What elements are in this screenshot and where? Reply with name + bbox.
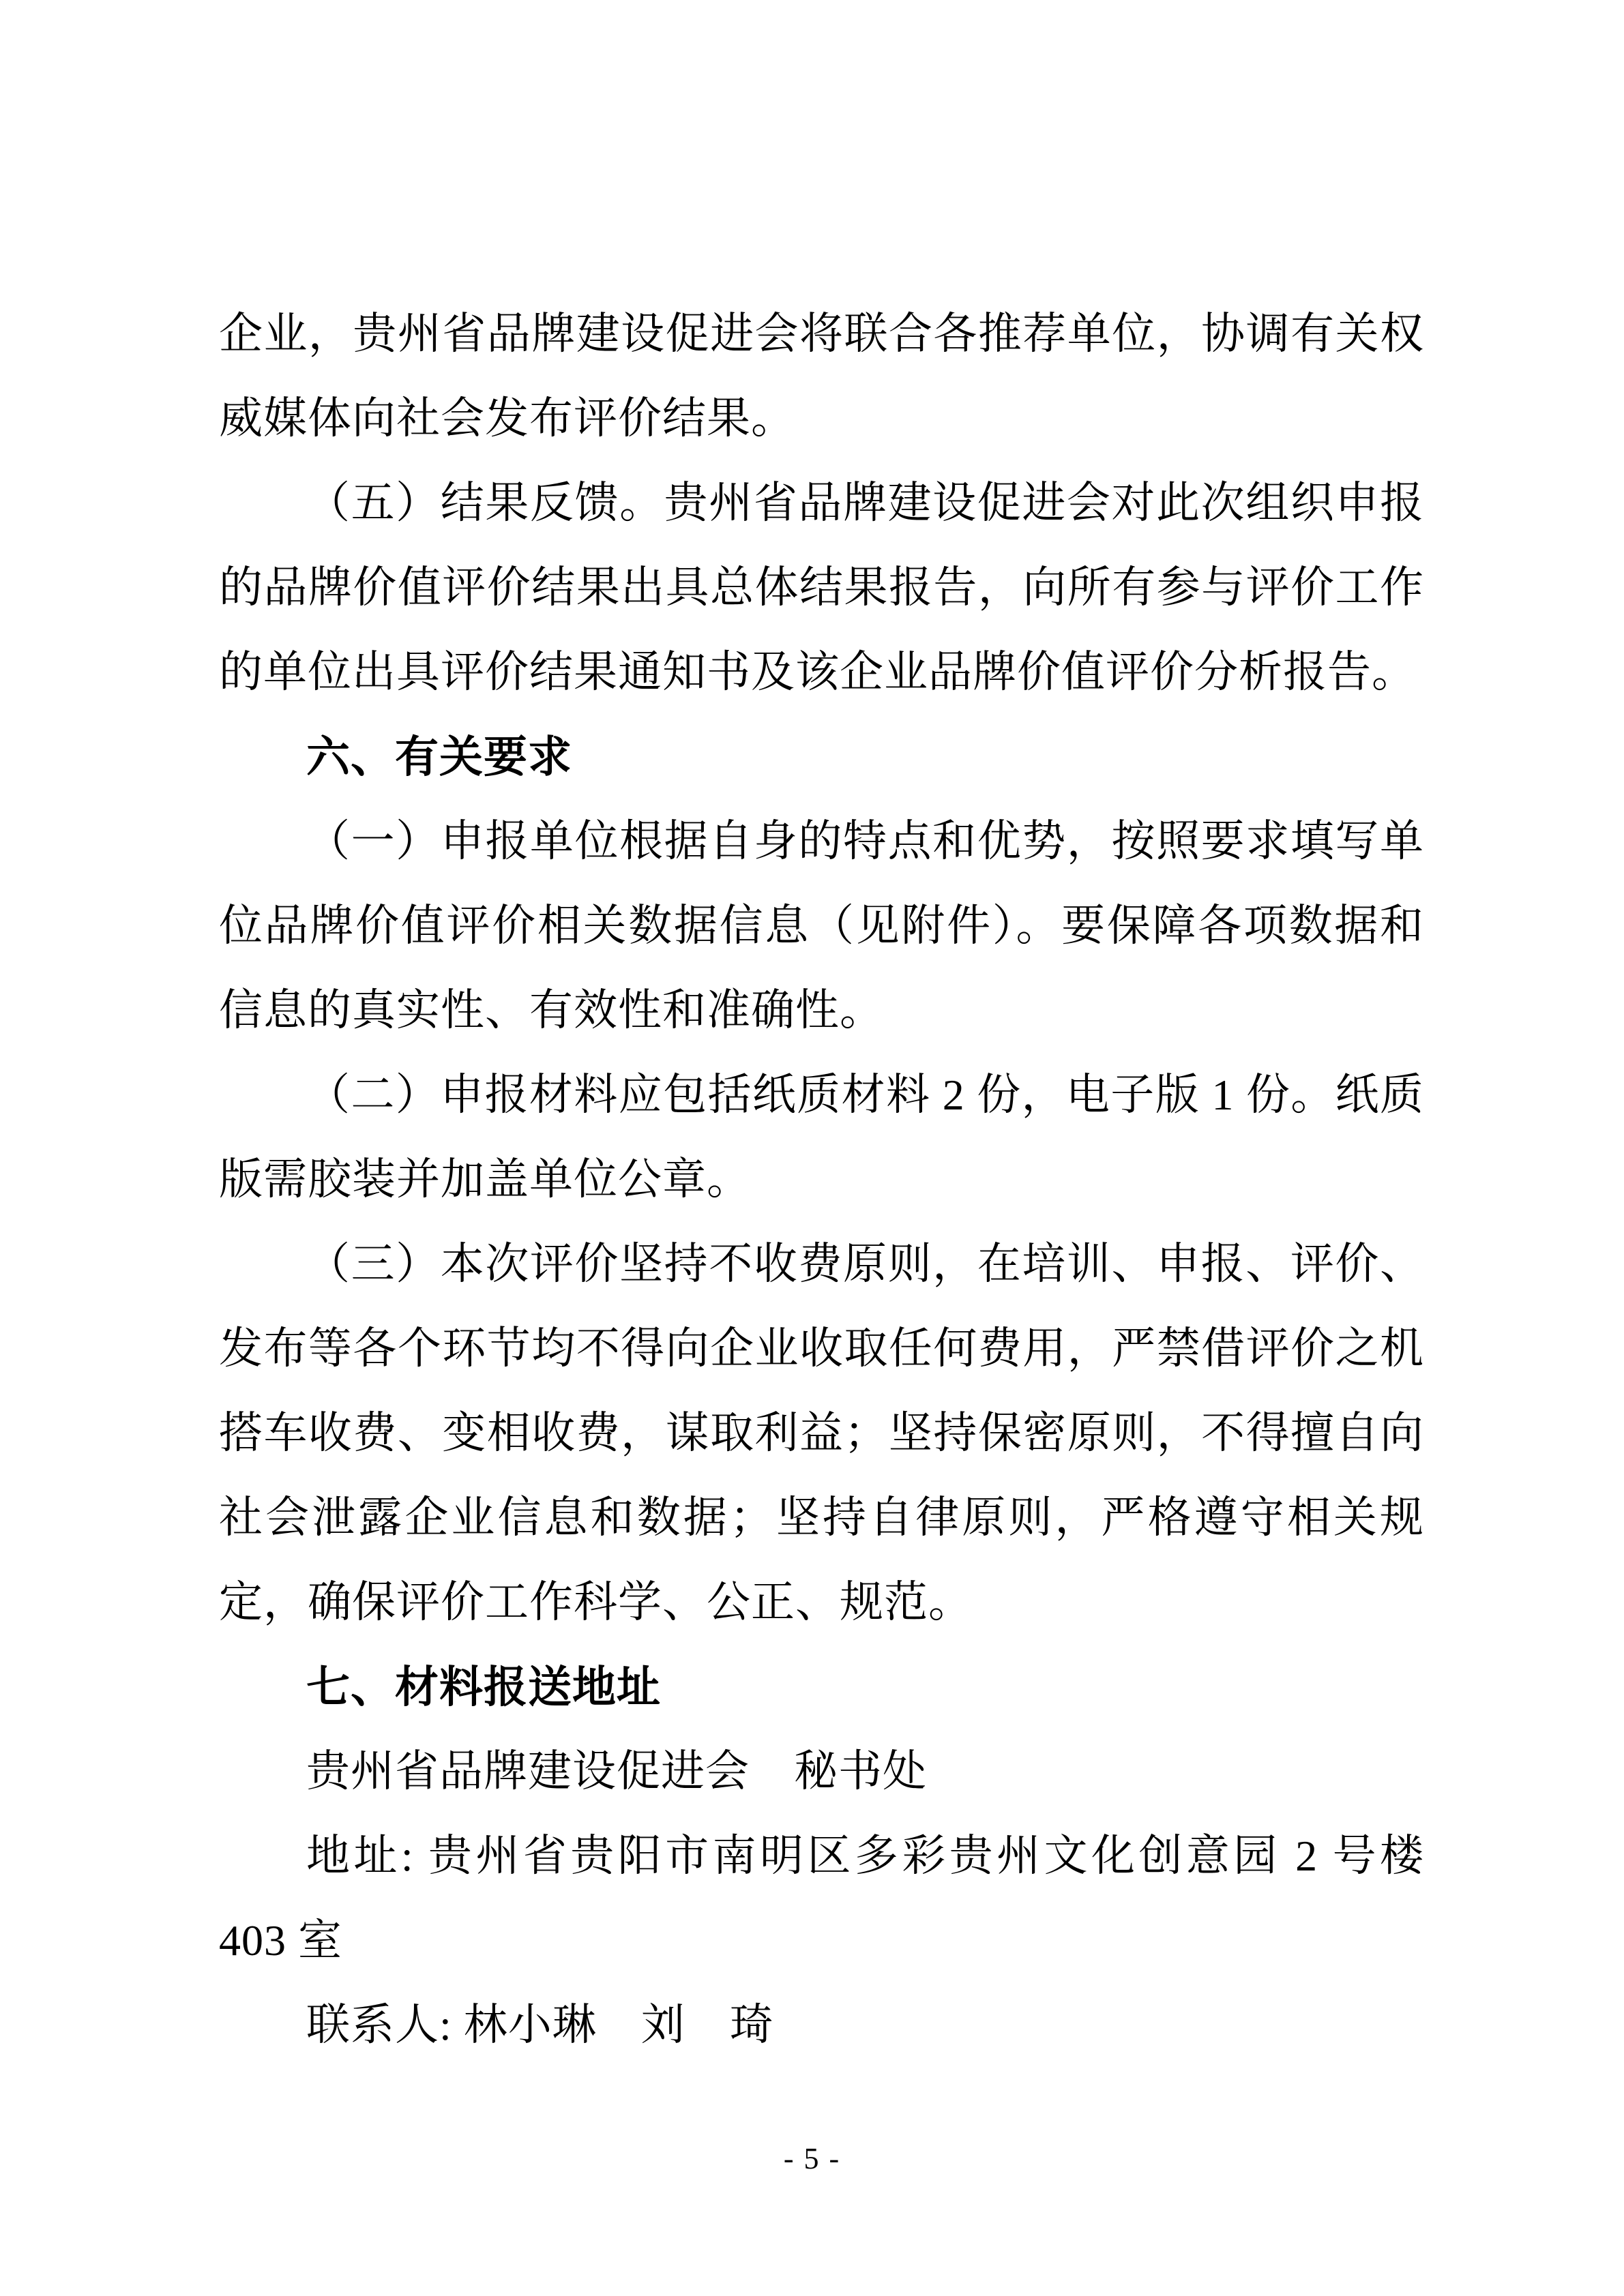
paragraph-requirement-2: （二）申报材料应包括纸质材料 2 份，电子版 1 份。纸质版需胶装并加盖单位公章… (219, 1053, 1424, 1222)
paragraph-requirement-1: （一）申报单位根据自身的特点和优势，按照要求填写单位品牌价值评价相关数据信息（见… (219, 799, 1424, 1053)
document-page: 企业，贵州省品牌建设促进会将联合各推荐单位，协调有关权威媒体向社会发布评价结果。… (0, 0, 1624, 2296)
paragraph-item-5: （五）结果反馈。贵州省品牌建设促进会对此次组织申报的品牌价值评价结果出具总体结果… (219, 461, 1424, 715)
paragraph-recipient: 贵州省品牌建设促进会 秘书处 (219, 1729, 1424, 1814)
document-body: 企业，贵州省品牌建设促进会将联合各推荐单位，协调有关权威媒体向社会发布评价结果。… (219, 292, 1424, 2068)
paragraph-continuation: 企业，贵州省品牌建设促进会将联合各推荐单位，协调有关权威媒体向社会发布评价结果。 (219, 292, 1424, 461)
section-heading-6: 六、有关要求 (219, 715, 1424, 799)
paragraph-address: 地址: 贵州省贵阳市南明区多彩贵州文化创意园 2 号楼 403 室 (219, 1814, 1424, 1983)
paragraph-requirement-3: （三）本次评价坚持不收费原则，在培训、申报、评价、发布等各个环节均不得向企业收取… (219, 1222, 1424, 1645)
paragraph-item-5-lead: （五）结果反馈。 (306, 479, 664, 527)
section-heading-7: 七、材料报送地址 (219, 1645, 1424, 1729)
paragraph-contacts: 联系人: 林小琳 刘 琦 (219, 1983, 1424, 2068)
page-number: - 5 - (0, 2138, 1624, 2179)
